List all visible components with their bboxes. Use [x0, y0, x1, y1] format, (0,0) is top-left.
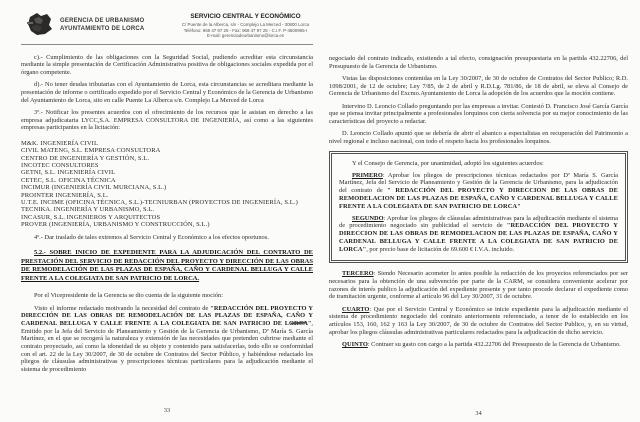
paragraph-primero: PRIMERO: Aprobar los pliegos de prescrip…	[339, 172, 618, 211]
paragraph-visto: Visto el informe redactado motivando la …	[21, 305, 313, 374]
list-item: INCIMUR (INGENIERÍA CIVIL MURCIANA, S.L.…	[21, 184, 313, 191]
paragraph-cuarto: CUARTO: Que por el Servicio Central y Ec…	[329, 306, 628, 337]
tercero-text: : Siendo Necesario acometer lo antes pos…	[329, 270, 628, 300]
paragraph-apunto: D. Leoncio Collado apuntó que se debería…	[329, 130, 628, 145]
department-title: SERVICIO CENTRAL Y ECONÓMICO	[178, 13, 313, 20]
quinto-label: QUINTO	[342, 341, 368, 348]
letterhead: GERENCIA DE URBANISMO AYUNTAMIENTO DE LO…	[21, 9, 313, 45]
page-left: GERENCIA DE URBANISMO AYUNTAMIENTO DE LO…	[21, 9, 313, 417]
coat-of-arms-logo	[27, 11, 54, 37]
page-number-left: 33	[21, 407, 313, 414]
paragraph-clause-c: c).- Cumplimiento de las obligaciones co…	[21, 54, 313, 77]
visto-intro: Visto el informe redactado motivando la …	[34, 305, 210, 312]
box-intro: Y el Consejo de Gerencia, por unanimidad…	[339, 160, 618, 168]
paragraph-vistas: Vistas las disposiciones contenidas en l…	[329, 75, 628, 98]
bidder-company-list: M&K. INGENIERÍA CIVIL CIVIL MATENG, S.L.…	[21, 140, 313, 228]
list-item: M&K. INGENIERÍA CIVIL	[21, 140, 313, 147]
list-item: PROVER (INGENIERÍA, URBANISMO Y CONSTRUC…	[21, 221, 313, 228]
list-item: CIVIL MATENG, S.L. EMPRESA CONSULTORA	[21, 147, 313, 154]
email-line: E-mail: gerenciadeurbanismo@lorca.es	[178, 33, 313, 39]
tercero-label: TERCERO	[342, 270, 374, 277]
list-item: TECNIKA. INGENIERÍA Y URBANISMO, S.L.	[21, 206, 313, 213]
visto-rest: , Emitido por la Jefa del Servicio de Pl…	[21, 320, 313, 373]
primero-label: PRIMERO	[352, 172, 383, 179]
scanned-document-canvas: { "header": { "org_line1": "GERENCIA DE …	[0, 0, 640, 422]
list-item: PROINTER INGENIERÍA, S.L.	[21, 192, 313, 199]
quinto-text: : Contraer su gasto con cargo a la parti…	[368, 341, 621, 348]
agreements-box: Y el Consejo de Gerencia, por unanimidad…	[329, 151, 628, 264]
cuarto-label: CUARTO	[342, 306, 369, 313]
paragraph-intervino: Intervino D. Leoncio Collado preguntando…	[329, 103, 628, 126]
address-line: C/ Puente de la Alberca, s/n - Complejo …	[178, 22, 313, 28]
paragraph-notify: 3º.- Notificar los presentes acuerdos co…	[21, 109, 313, 132]
list-item: GETNI, S.L. INGENIERÍA CIVIL	[21, 169, 313, 176]
paragraph-mocion: Por el Vicepresidente de la Gerencia se …	[21, 292, 313, 300]
paragraph-clause-d: d).- No tener deudas tributarias con el …	[21, 81, 313, 104]
paragraph-segundo: SEGUNDO: Aprobar los pliegos de cláusula…	[339, 215, 618, 254]
list-item: CENTRO DE INGENIERÍA Y GESTIÓN, S.L.	[21, 155, 313, 162]
segundo-tail: , por precio base de licitación de 69.60…	[366, 246, 514, 253]
segundo-label: SEGUNDO	[352, 215, 384, 222]
paragraph-tercero: TERCERO: Siendo Necesario acometer lo an…	[329, 270, 628, 301]
paragraph-traslado: 4º.- Dar traslado de tales extremos al S…	[21, 234, 313, 242]
paragraph-quinto: QUINTO: Contraer su gasto con cargo a la…	[329, 341, 628, 349]
org-title-block: GERENCIA DE URBANISMO AYUNTAMIENTO DE LO…	[60, 17, 178, 33]
cuarto-text: : Que por el Servicio Central y Económic…	[329, 306, 628, 336]
page-right: negociado del contrato indicado, existie…	[329, 55, 628, 417]
section-heading-5-2: 5.2.- SOBRE INICIO DE EXPEDIENTE PARA LA…	[21, 249, 313, 283]
page-number-right: 34	[329, 410, 628, 417]
org-name-line2: AYUNTAMIENTO DE LORCA	[60, 25, 178, 33]
list-item: INCASUR, S.L. INGENIEROS Y ARQUITECTOS	[21, 214, 313, 221]
department-block: SERVICIO CENTRAL Y ECONÓMICO C/ Puente d…	[178, 13, 313, 39]
paragraph-negociado: negociado del contrato indicado, existie…	[329, 55, 628, 70]
org-name-line1: GERENCIA DE URBANISMO	[60, 17, 178, 25]
